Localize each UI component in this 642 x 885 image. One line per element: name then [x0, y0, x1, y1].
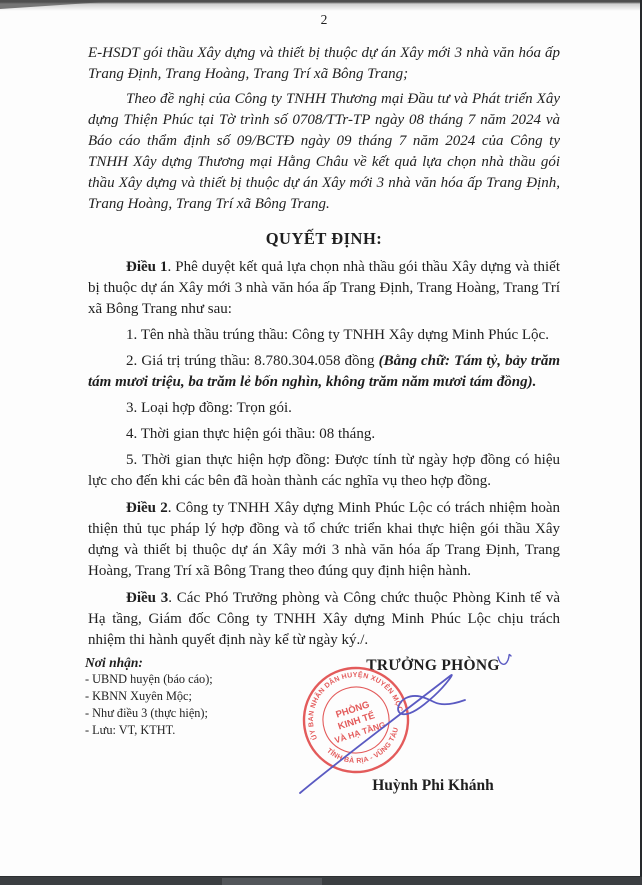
item-2: 2. Giá trị trúng thầu: 8.780.304.058 đồn… — [88, 351, 560, 393]
item-5: 5. Thời gian thực hiện hợp đồng: Được tí… — [88, 450, 560, 492]
official-stamp-icon: ỦY BAN NHÂN DÂN HUYỆN XUYÊN MỘC TỈNH BÀ … — [290, 654, 421, 785]
item-3: 3. Loại hợp đồng: Trọn gói. — [88, 398, 560, 419]
article-1-label: Điều 1 — [126, 259, 168, 275]
article-2-label: Điều 2 — [126, 500, 168, 516]
article-2: Điều 2. Công ty TNHH Xây dựng Minh Phúc … — [88, 498, 560, 582]
article-3: Điều 3. Các Phó Trưởng phòng và Công chứ… — [88, 588, 560, 651]
scan-corner-shadow — [0, 0, 135, 9]
article-1: Điều 1. Phê duyệt kết quả lựa chọn nhà t… — [88, 257, 560, 320]
pen-flick — [498, 655, 511, 665]
document-page: 2 E-HSDT gói thầu Xây dựng và thiết bị t… — [0, 0, 642, 885]
document-content: 2 E-HSDT gói thầu Xây dựng và thiết bị t… — [0, 0, 642, 834]
bottom-bar[interactable] — [0, 876, 642, 885]
signature-block: Nơi nhận: - UBND huyện (báo cáo); - KBNN… — [88, 659, 560, 834]
page-number: 2 — [88, 12, 560, 28]
signer-name: Huỳnh Phi Khánh — [338, 777, 528, 795]
stamp-and-signature-overlay: ỦY BAN NHÂN DÂN HUYỆN XUYÊN MỘC TỈNH BÀ … — [188, 649, 518, 834]
preamble-proposal: Theo đề nghị của Công ty TNHH Thương mại… — [88, 89, 560, 215]
decision-heading: QUYẾT ĐỊNH: — [88, 229, 560, 249]
preamble-continuation: E-HSDT gói thầu Xây dựng và thiết bị thu… — [88, 43, 560, 85]
item-2-amount: 2. Giá trị trúng thầu: 8.780.304.058 đồn… — [126, 353, 379, 369]
item-4: 4. Thời gian thực hiện gói thầu: 08 thán… — [88, 424, 560, 445]
bottom-bar-thumb[interactable] — [222, 878, 322, 885]
article-3-label: Điều 3 — [126, 590, 168, 606]
item-1: 1. Tên nhà thầu trúng thầu: Công ty TNHH… — [88, 325, 560, 346]
